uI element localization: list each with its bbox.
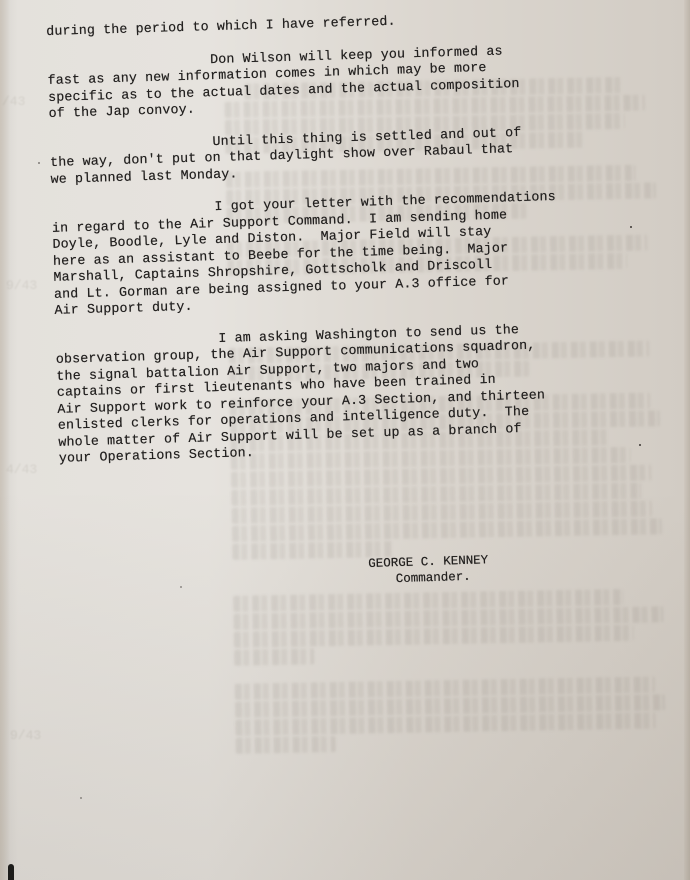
paragraph: I got your letter with the recommendatio… (51, 186, 654, 319)
paragraph: I am asking Washington to send us the ob… (55, 318, 659, 468)
margin-notation: 9/43 (10, 728, 41, 743)
binder-clip-mark (8, 864, 14, 880)
page-right-edge (684, 0, 690, 880)
margin-notation: 9/43 (6, 278, 37, 293)
paragraph: during the period to which I have referr… (46, 6, 646, 40)
paper-speck (80, 797, 82, 799)
text-line: during the period to which I have referr… (46, 6, 646, 40)
page-gutter-shadow (0, 0, 10, 880)
signature-block: GEORGE C. KENNEY Commander. (368, 552, 489, 588)
paper-speck (639, 444, 641, 446)
letter-body: during the period to which I have referr… (46, 6, 659, 483)
paper-speck (180, 586, 182, 588)
paragraph: Don Wilson will keep you informed as fas… (47, 39, 649, 123)
scanned-page: /43 9/43 4/43 9/43 during the period to … (0, 0, 690, 880)
paper-speck (630, 226, 632, 228)
paragraph: Until this thing is settled and out of t… (49, 121, 650, 188)
paper-speck (38, 162, 40, 164)
margin-notation: 4/43 (6, 462, 37, 477)
margin-notation: /43 (2, 94, 25, 109)
